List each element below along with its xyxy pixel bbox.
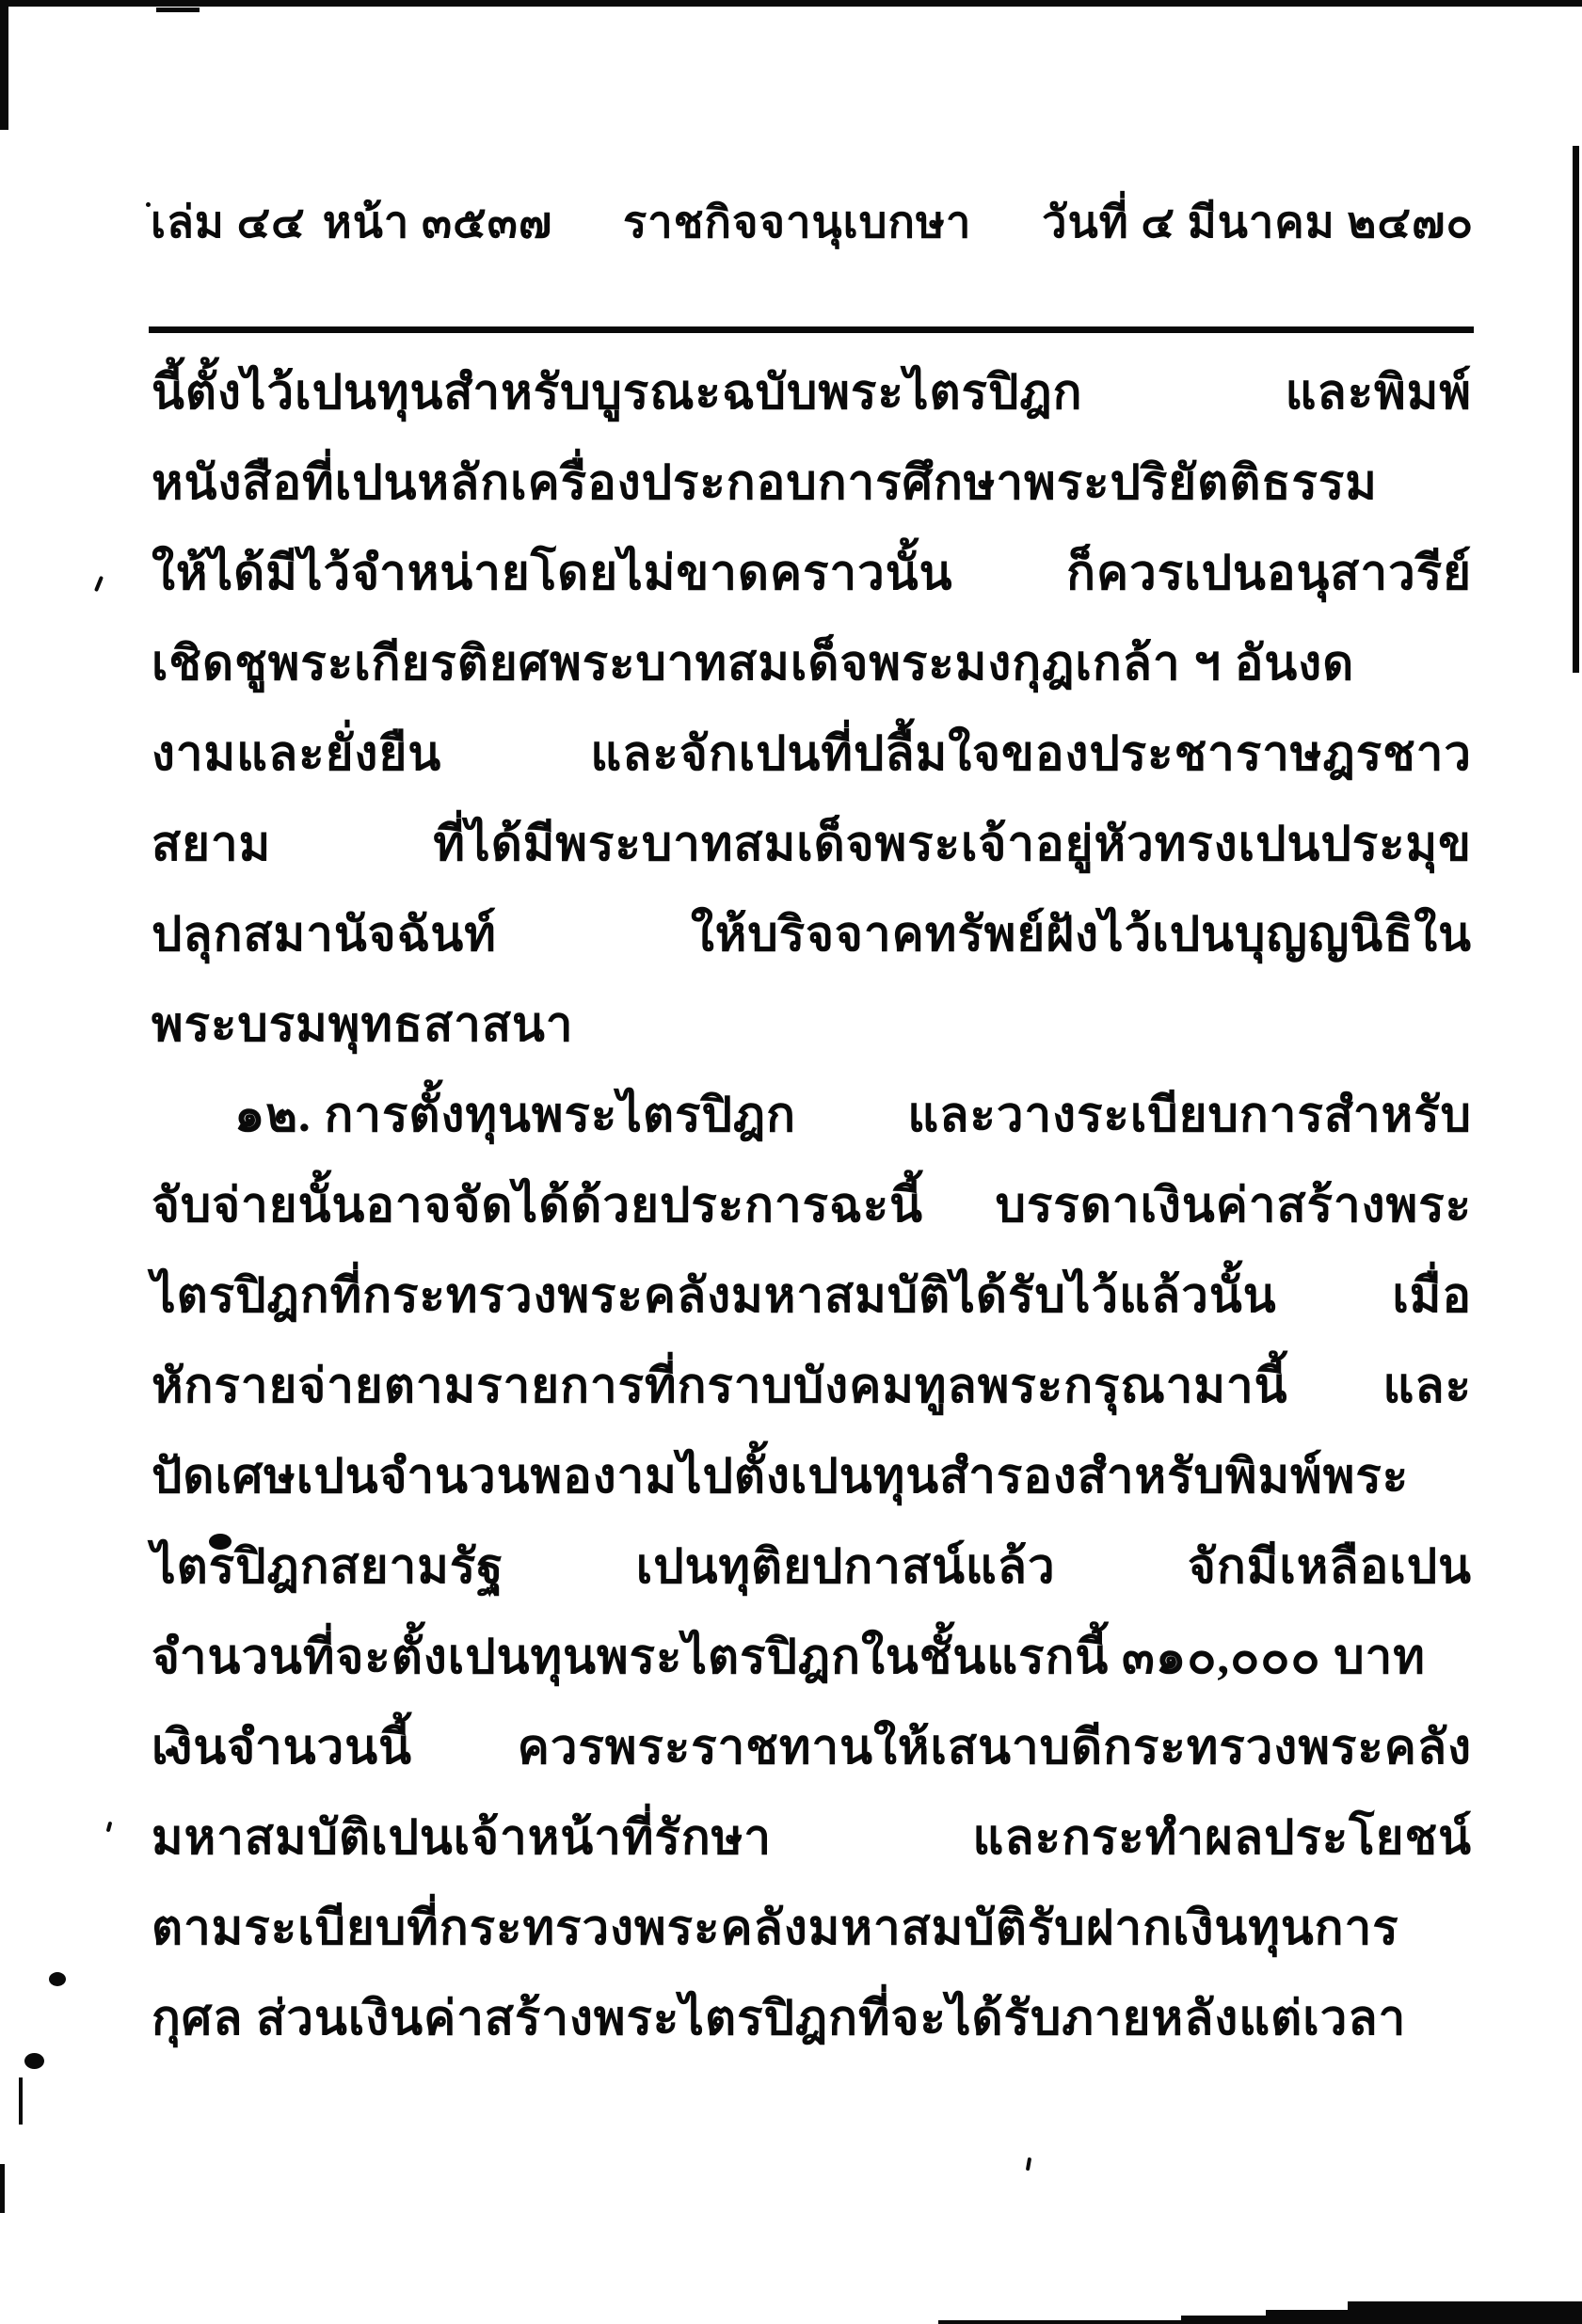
text-segment: และพิมพ์ bbox=[1286, 354, 1472, 430]
text-line: ปัดเศษเปนจำนวนพองามไปตั้งเปนทุนสำรองสำหร… bbox=[152, 1430, 1472, 1520]
text-line: กุศล ส่วนเงินค่าสร้างพระไตรปิฎกที่จะได้ร… bbox=[152, 1972, 1472, 2062]
text-segment: จับจ่ายนั้นอาจจัดได้ด้วยประการฉะนี้ bbox=[152, 1167, 923, 1243]
text-segment: และวางระเบียบการสำหรับ bbox=[907, 1076, 1472, 1153]
text-line: ตามระเบียบที่กระทรวงพระคลังมหาสมบัติรับฝ… bbox=[152, 1882, 1472, 1972]
text-line: ไตรปิฎกสยามรัฐเปนทุติยปกาสน์แล้วจักมีเหล… bbox=[152, 1520, 1472, 1611]
text-segment: ที่ได้มีพระบาทสมเด็จพระเจ้าอยู่หัวทรงเปน… bbox=[433, 805, 1472, 882]
text-segment: หักรายจ่ายตามรายการที่กราบบังคมทูลพระกรุ… bbox=[152, 1347, 1288, 1424]
text-segment: ๑๒. การตั้งทุนพระไตรปิฎก bbox=[234, 1076, 796, 1153]
text-segment: นี้ตั้งไว้เปนทุนสำหรับบูรณะฉบับพระไตรปิฎ… bbox=[152, 354, 1083, 430]
scan-edge-left-bar bbox=[19, 2077, 23, 2125]
scan-edge-right bbox=[1573, 146, 1579, 673]
text-line: ไตรปิฎกที่กระทรวงพระคลังมหาสมบัติได้รับไ… bbox=[152, 1250, 1472, 1340]
text-segment: ไตรปิฎกที่กระทรวงพระคลังมหาสมบัติได้รับไ… bbox=[152, 1257, 1277, 1333]
text-line: เงินจำนวนนี้ควรพระราชทานให้เสนาบดีกระทรว… bbox=[152, 1701, 1472, 1791]
text-line: จับจ่ายนั้นอาจจัดได้ด้วยประการฉะนี้บรรดา… bbox=[152, 1159, 1472, 1250]
gazette-title: ราชกิจจานุเบกษา bbox=[623, 186, 971, 257]
text-segment: มหาสมบัติเปนเจ้าหน้าที่รักษา bbox=[152, 1799, 772, 1875]
body-text: นี้ตั้งไว้เปนทุนสำหรับบูรณะฉบับพระไตรปิฎ… bbox=[152, 346, 1472, 2062]
text-segment: และ bbox=[1382, 1347, 1472, 1424]
text-segment: หนังสือที่เปนหลักเครื่องประกอบการศึกษาพร… bbox=[152, 444, 1378, 520]
issue-date: วันที่ ๔ มีนาคม ๒๔๗๐ bbox=[1042, 186, 1474, 257]
text-line: นี้ตั้งไว้เปนทุนสำหรับบูรณะฉบับพระไตรปิฎ… bbox=[152, 346, 1472, 437]
text-segment: และจักเปนที่ปลื้มใจของประชาราษฎรชาว bbox=[590, 715, 1472, 791]
text-segment: กุศล ส่วนเงินค่าสร้างพระไตรปิฎกที่จะได้ร… bbox=[152, 1980, 1406, 2056]
text-line: ให้ได้มีไว้จำหน่ายโดยไม่ขาดคราวนั้นก็ควร… bbox=[152, 527, 1472, 617]
text-segment: งามและยั่งยืน bbox=[152, 715, 441, 791]
gazette-page: เล่ม ๔๔ หน้า ๓๕๓๗ ราชกิจจานุเบกษา วันที่… bbox=[0, 0, 1582, 2324]
scan-speck bbox=[49, 1972, 66, 1986]
text-line: หักรายจ่ายตามรายการที่กราบบังคมทูลพระกรุ… bbox=[152, 1340, 1472, 1430]
text-segment: และกระทำผลประโยชน์ bbox=[973, 1799, 1472, 1875]
scan-edge-left-top bbox=[0, 0, 8, 130]
text-line: ปลุกสมานัจฉันท์ให้บริจจาคทรัพย์ฝังไว้เปน… bbox=[152, 888, 1472, 979]
text-segment: ปลุกสมานัจฉันท์ bbox=[152, 896, 497, 972]
text-segment: จำนวนที่จะตั้งเปนทุนพระไตรปิฎกในชั้นแรกน… bbox=[152, 1618, 1426, 1695]
text-segment: พระบรมพุทธสาสนา bbox=[152, 986, 574, 1062]
text-segment: ปัดเศษเปนจำนวนพองามไปตั้งเปนทุนสำรองสำหร… bbox=[152, 1438, 1409, 1514]
text-line: จำนวนที่จะตั้งเปนทุนพระไตรปิฎกในชั้นแรกน… bbox=[152, 1611, 1472, 1701]
text-line: ๑๒. การตั้งทุนพระไตรปิฎกและวางระเบียบการ… bbox=[152, 1069, 1472, 1159]
text-segment: สยาม bbox=[152, 805, 271, 882]
text-line: หนังสือที่เปนหลักเครื่องประกอบการศึกษาพร… bbox=[152, 437, 1472, 527]
text-line: พระบรมพุทธสาสนา bbox=[152, 979, 1472, 1069]
text-line: เชิดชูพระเกียรติยศพระบาทสมเด็จพระมงกุฎเก… bbox=[152, 617, 1472, 708]
text-segment: ควรพระราชทานให้เสนาบดีกระทรวงพระคลัง bbox=[518, 1709, 1472, 1785]
text-segment: เปนทุติยปกาสน์แล้ว bbox=[636, 1528, 1056, 1604]
volume-label: เล่ม ๔๔ bbox=[151, 186, 306, 257]
text-segment: ก็ควรเปนอนุสาวรีย์ bbox=[1066, 534, 1472, 611]
text-segment: บรรดาเงินค่าสร้างพระ bbox=[996, 1167, 1472, 1243]
header-left-group: เล่ม ๔๔ หน้า ๓๕๓๗ bbox=[151, 186, 552, 257]
text-line: มหาสมบัติเปนเจ้าหน้าที่รักษาและกระทำผลปร… bbox=[152, 1791, 1472, 1882]
text-segment: จักมีเหลือเปน bbox=[1188, 1528, 1472, 1604]
text-segment: เมื่อ bbox=[1392, 1257, 1472, 1333]
text-segment: เชิดชูพระเกียรติยศพระบาทสมเด็จพระมงกุฎเก… bbox=[152, 625, 1354, 701]
page-header: เล่ม ๔๔ หน้า ๓๕๓๗ ราชกิจจานุเบกษา วันที่… bbox=[151, 186, 1474, 257]
text-segment: ตามระเบียบที่กระทรวงพระคลังมหาสมบัติรับฝ… bbox=[152, 1889, 1399, 1966]
text-segment: ให้ได้มีไว้จำหน่ายโดยไม่ขาดคราวนั้น bbox=[152, 534, 953, 611]
text-line: งามและยั่งยืนและจักเปนที่ปลื้มใจของประชา… bbox=[152, 708, 1472, 798]
scan-edge-left-bottom bbox=[0, 2164, 5, 2213]
scan-speck bbox=[94, 576, 104, 592]
header-divider bbox=[149, 326, 1474, 333]
page-number-label: หน้า ๓๕๓๗ bbox=[323, 186, 552, 257]
text-line: สยามที่ได้มีพระบาทสมเด็จพระเจ้าอยู่หัวทร… bbox=[152, 798, 1472, 888]
scan-speck bbox=[24, 2053, 44, 2069]
scan-edge-bottom-step bbox=[1348, 2301, 1582, 2324]
text-segment: ให้บริจจาคทรัพย์ฝังไว้เปนบุญญนิธิใน bbox=[691, 896, 1472, 972]
scan-speck bbox=[106, 1822, 113, 1833]
text-segment: ไตรปิฎกสยามรัฐ bbox=[152, 1528, 503, 1604]
text-segment: เงินจำนวนนี้ bbox=[152, 1709, 412, 1785]
scan-speck bbox=[1026, 2157, 1031, 2171]
scan-edge-top bbox=[0, 0, 1582, 7]
scan-edge-top-dash bbox=[156, 8, 200, 12]
